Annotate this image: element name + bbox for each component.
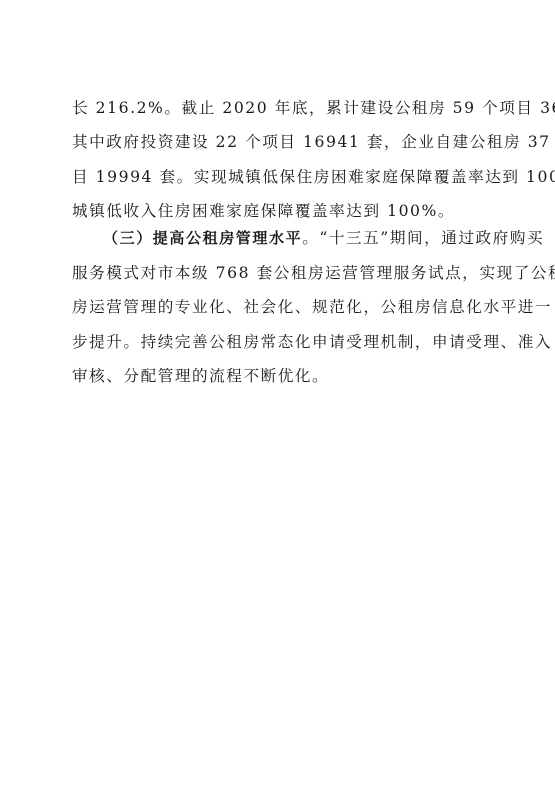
paragraph-line: 房运营管理的专业化、社会化、规范化，公租房信息化水平进一 xyxy=(72,296,484,318)
paragraph-line: 步提升。持续完善公租房常态化申请受理机制，申请受理、准入 xyxy=(72,331,484,353)
paragraph-text: 。“十三五”期间，通过政府购买 xyxy=(302,229,544,247)
paragraph-line: 其中政府投资建设 22 个项目 16941 套，企业自建公租房 37 个项 xyxy=(72,131,484,153)
paragraph-line: 长 216.2%。截止 2020 年底，累计建设公租房 59 个项目 36935… xyxy=(72,97,484,119)
paragraph-line: 城镇低收入住房困难家庭保障覆盖率达到 100%。 xyxy=(72,200,484,222)
document-page: 长 216.2%。截止 2020 年底，累计建设公租房 59 个项目 36935… xyxy=(0,0,555,785)
paragraph-line: 服务模式对市本级 768 套公租房运营管理服务试点，实现了公租 xyxy=(72,262,484,284)
section-heading-line: （三）提高公租房管理水平。“十三五”期间，通过政府购买 xyxy=(103,227,484,249)
paragraph-line: 审核、分配管理的流程不断优化。 xyxy=(72,365,484,387)
section-heading: （三）提高公租房管理水平 xyxy=(103,229,302,247)
paragraph-line: 目 19994 套。实现城镇低保住房困难家庭保障覆盖率达到 100%， xyxy=(72,166,484,188)
